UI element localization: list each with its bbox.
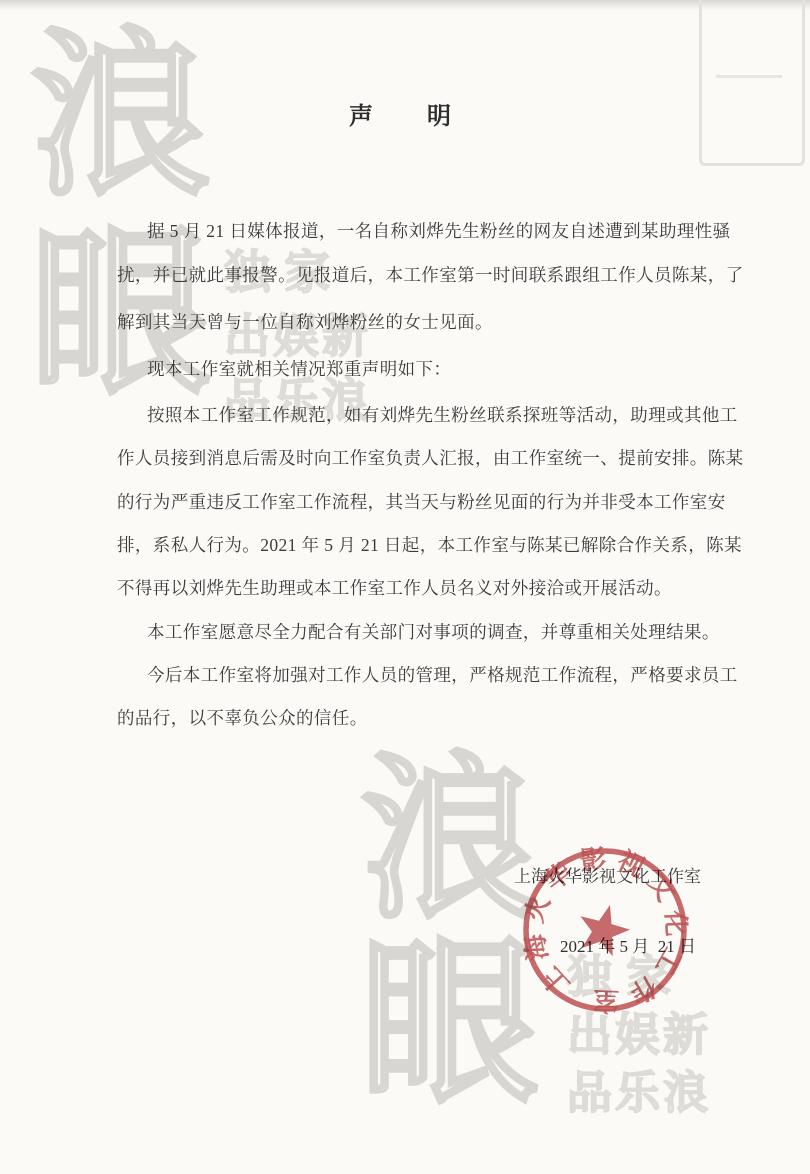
body-line: 按照本工作室工作规范，如有刘烨先生粉丝联系探班等活动，助理或其他工 xyxy=(147,402,738,427)
body-line: 扰，并已就此事报警。见报道后，本工作室第一时间联系跟组工作人员陈某，了 xyxy=(117,262,744,287)
body-line: 不得再以刘烨先生助理或本工作室工作人员名义对外接洽或开展活动。 xyxy=(117,575,672,600)
body-line: 据 5 月 21 日媒体报道，一名自称刘烨先生粉丝的网友自述遭到某助理性骚 xyxy=(147,218,731,243)
body-line: 今后本工作室将加强对工作人员的管理，严格规范工作流程，严格要求员工 xyxy=(147,662,738,687)
body-line: 的行为严重违反工作室工作流程，其当天与粉丝见面的行为并非受本工作室安 xyxy=(117,489,726,514)
scan-edge xyxy=(0,0,810,10)
watermark-grid-line: 品乐浪 xyxy=(567,1064,711,1122)
seal-star-icon xyxy=(580,905,630,956)
document-title: 声明 xyxy=(349,96,505,131)
statement-document: 浪 眼 独家 出娱新 品乐浪 浪 眼 独家 出娱新 品乐浪 上海火华影视文化工作… xyxy=(0,0,810,1174)
official-seal: 上海火华影视文化工作室 xyxy=(505,830,715,1040)
body-line: 的品行，以不辜负公众的信任。 xyxy=(117,705,368,730)
body-line: 作人员接到消息后需及时向工作室负责人汇报，由工作室统一、提前安排。陈某 xyxy=(117,445,744,470)
watermark-box-fragment xyxy=(699,0,805,166)
body-line: 解到其当天曾与一位自称刘烨粉丝的女士见面。 xyxy=(117,309,493,334)
body-line: 排，系私人行为。2021 年 5 月 21 日起，本工作室与陈某已解除合作关系，… xyxy=(117,532,742,557)
body-line: 现本工作室就相关情况郑重声明如下： xyxy=(147,356,451,381)
watermark-langyan-logo: 浪 眼 xyxy=(30,18,210,414)
body-line: 本工作室愿意尽全力配合有关部门对事项的调查，并尊重相关处理结果。 xyxy=(147,619,720,644)
